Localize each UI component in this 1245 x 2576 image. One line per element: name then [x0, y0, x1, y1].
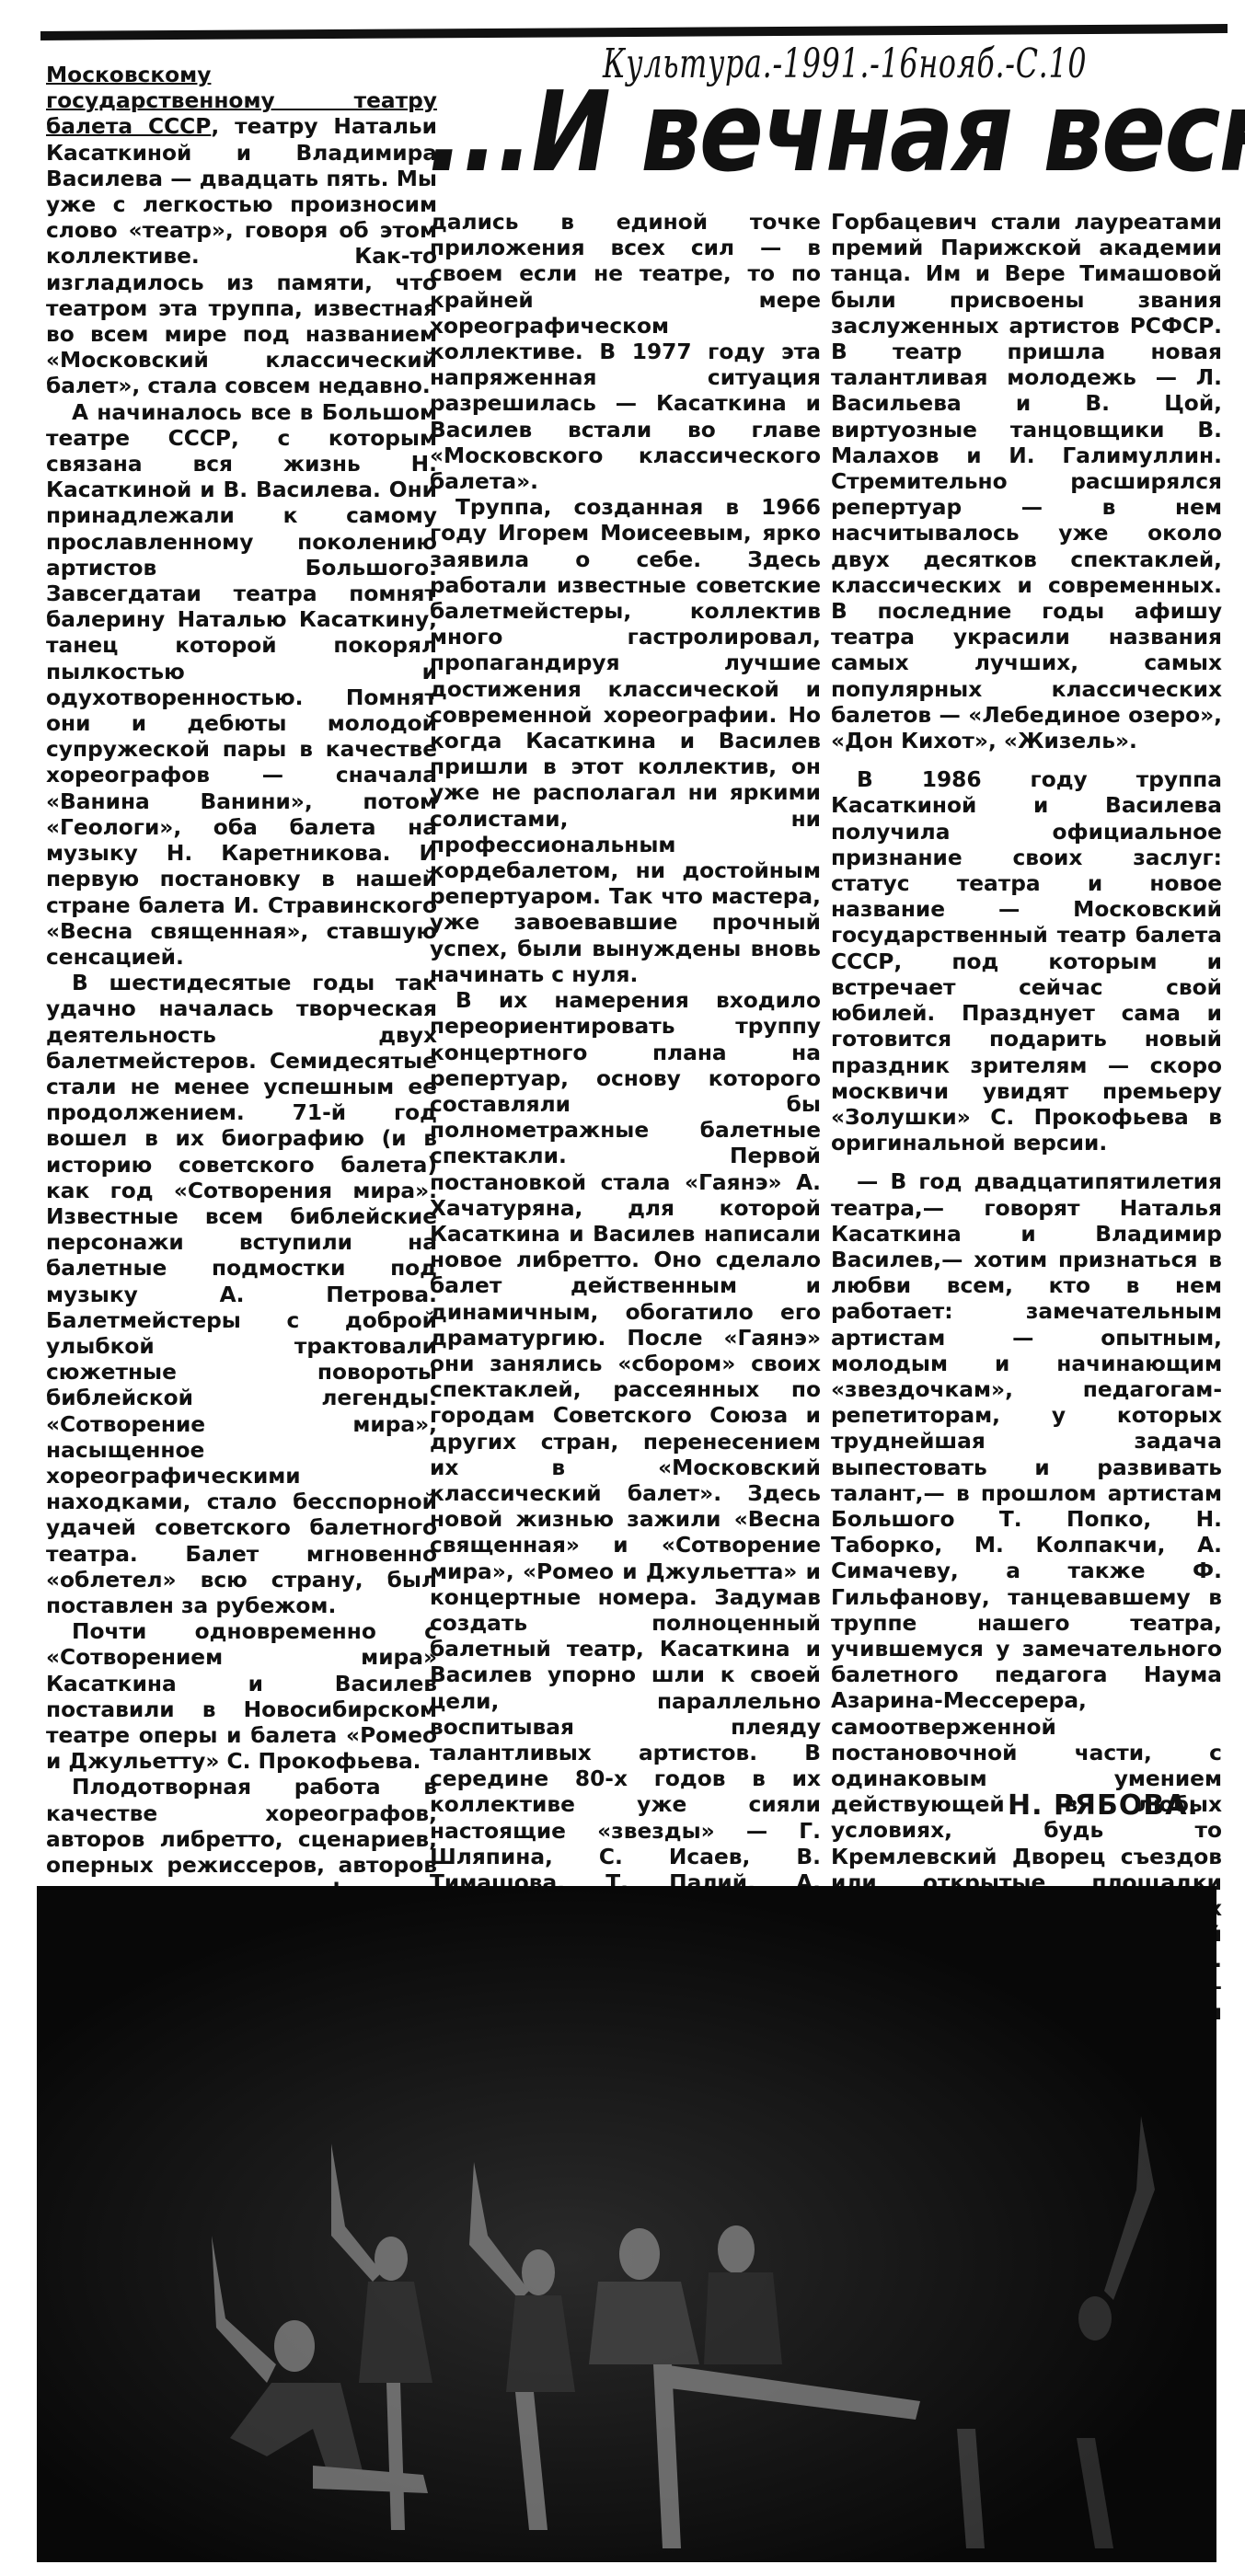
paragraph: Почти одновременно с «Сотворением мира» … [46, 1619, 437, 1775]
paragraph: Горбацевич стали лауреатами премий Париж… [831, 210, 1222, 754]
paragraph: дались в единой точке приложения всех си… [430, 210, 821, 495]
ballet-photo [37, 1886, 1216, 2562]
top-rule [40, 24, 1228, 40]
paragraph: В их намерения входило переориентировать… [430, 988, 821, 2000]
ballet-dancers-image [37, 1886, 1216, 2562]
paragraph: А начиналось все в Большом театре СССР, … [46, 400, 437, 971]
headline: ...И вечная весна [428, 74, 1245, 193]
article-column-1: Московскому государственному театру бале… [46, 63, 437, 2087]
paragraph: В шестидесятые годы так удачно началась … [46, 971, 437, 1619]
paragraph: Труппа, созданная в 1966 году Игорем Мои… [430, 495, 821, 988]
article-column-3: Горбацевич стали лауреатами премий Париж… [831, 210, 1222, 2052]
paragraph: В 1986 году труппа Касаткиной и Василева… [831, 767, 1222, 1156]
article-column-2: дались в единой точке приложения всех си… [430, 210, 821, 2156]
lead-paragraph: Московскому государственному театру бале… [46, 63, 437, 400]
lead-rest: , театру Натальи Касаткиной и Владимира … [46, 114, 437, 398]
author-byline: Н. РЯБОВА. [1008, 1789, 1199, 1822]
